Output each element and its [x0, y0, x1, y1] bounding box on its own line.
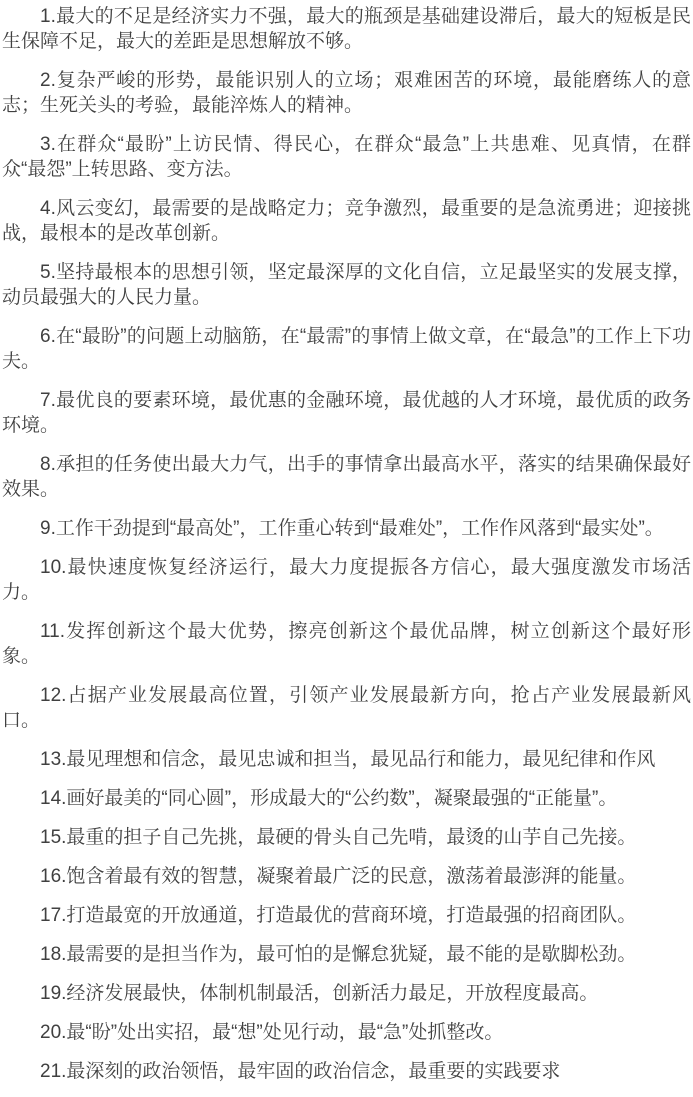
list-item: 1.最大的不足是经济实力不强，最大的瓶颈是基础建设滞后，最大的短板是民生保障不足… [2, 4, 691, 54]
list-item: 8.承担的任务使出最大力气，出手的事情拿出最高水平，落实的结果确保最好效果。 [2, 452, 691, 502]
list-item: 20.最“盼”处出实招，最“想”处见行动，最“急”处抓整改。 [2, 1020, 691, 1045]
list-item: 16.饱含着最有效的智慧，凝聚着最广泛的民意，激荡着最澎湃的能量。 [2, 864, 691, 889]
list-item: 17.打造最宽的开放通道，打造最优的营商环境，打造最强的招商团队。 [2, 903, 691, 928]
list-item: 4.风云变幻，最需要的是战略定力；竞争激烈，最重要的是急流勇进；迎接挑战，最根本… [2, 196, 691, 246]
list-item: 5.坚持最根本的思想引领，坚定最深厚的文化自信，立足最坚实的发展支撑，动员最强大… [2, 260, 691, 310]
list-item: 11.发挥创新这个最大优势，擦亮创新这个最优品牌，树立创新这个最好形象。 [2, 619, 691, 669]
list-item: 21.最深刻的政治领悟，最牢固的政治信念，最重要的实践要求 [2, 1059, 691, 1084]
list-item: 15.最重的担子自己先挑，最硬的骨头自己先啃，最烫的山芋自己先接。 [2, 825, 691, 850]
list-item: 3.在群众“最盼”上访民情、得民心，在群众“最急”上共患难、见真情，在群众“最怨… [2, 132, 691, 182]
list-item: 19.经济发展最快，体制机制最活，创新活力最足，开放程度最高。 [2, 981, 691, 1006]
list-item: 12.占据产业发展最高位置，引领产业发展最新方向，抢占产业发展最新风口。 [2, 683, 691, 733]
list-item: 9.工作干劲提到“最高处”，工作重心转到“最难处”，工作作风落到“最实处”。 [2, 516, 691, 541]
list-item: 14.画好最美的“同心圆”，形成最大的“公约数”，凝聚最强的“正能量”。 [2, 786, 691, 811]
list-item: 18.最需要的是担当作为，最可怕的是懈怠犹疑，最不能的是歇脚松劲。 [2, 942, 691, 967]
list-item: 2.复杂严峻的形势，最能识别人的立场；艰难困苦的环境，最能磨练人的意志；生死关头… [2, 68, 691, 118]
list-item: 10.最快速度恢复经济运行，最大力度提振各方信心，最大强度激发市场活力。 [2, 555, 691, 605]
list-item: 7.最优良的要素环境，最优惠的金融环境，最优越的人才环境，最优质的政务环境。 [2, 388, 691, 438]
list-item: 13.最见理想和信念，最见忠诚和担当，最见品行和能力，最见纪律和作风 [2, 747, 691, 772]
document-body: 1.最大的不足是经济实力不强，最大的瓶颈是基础建设滞后，最大的短板是民生保障不足… [0, 0, 693, 1084]
list-item: 6.在“最盼”的问题上动脑筋，在“最需”的事情上做文章，在“最急”的工作上下功夫… [2, 324, 691, 374]
